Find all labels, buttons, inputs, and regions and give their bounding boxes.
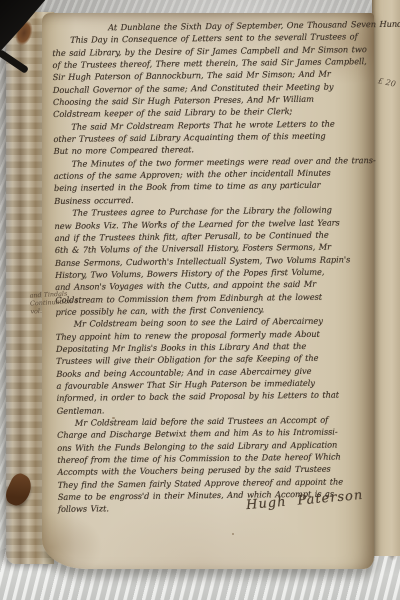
manuscript-lines: This Day in Consequence of Letters sent … bbox=[52, 30, 376, 515]
manuscript-text: At Dunblane the Sixth Day of September, … bbox=[52, 18, 376, 516]
foxing-spot bbox=[232, 533, 234, 535]
manuscript-photo: £ 20 and Tindals Continuation 4 vol. At … bbox=[0, 0, 400, 600]
manuscript-page: and Tindals Continuation 4 vol. At Dunbl… bbox=[42, 13, 374, 569]
